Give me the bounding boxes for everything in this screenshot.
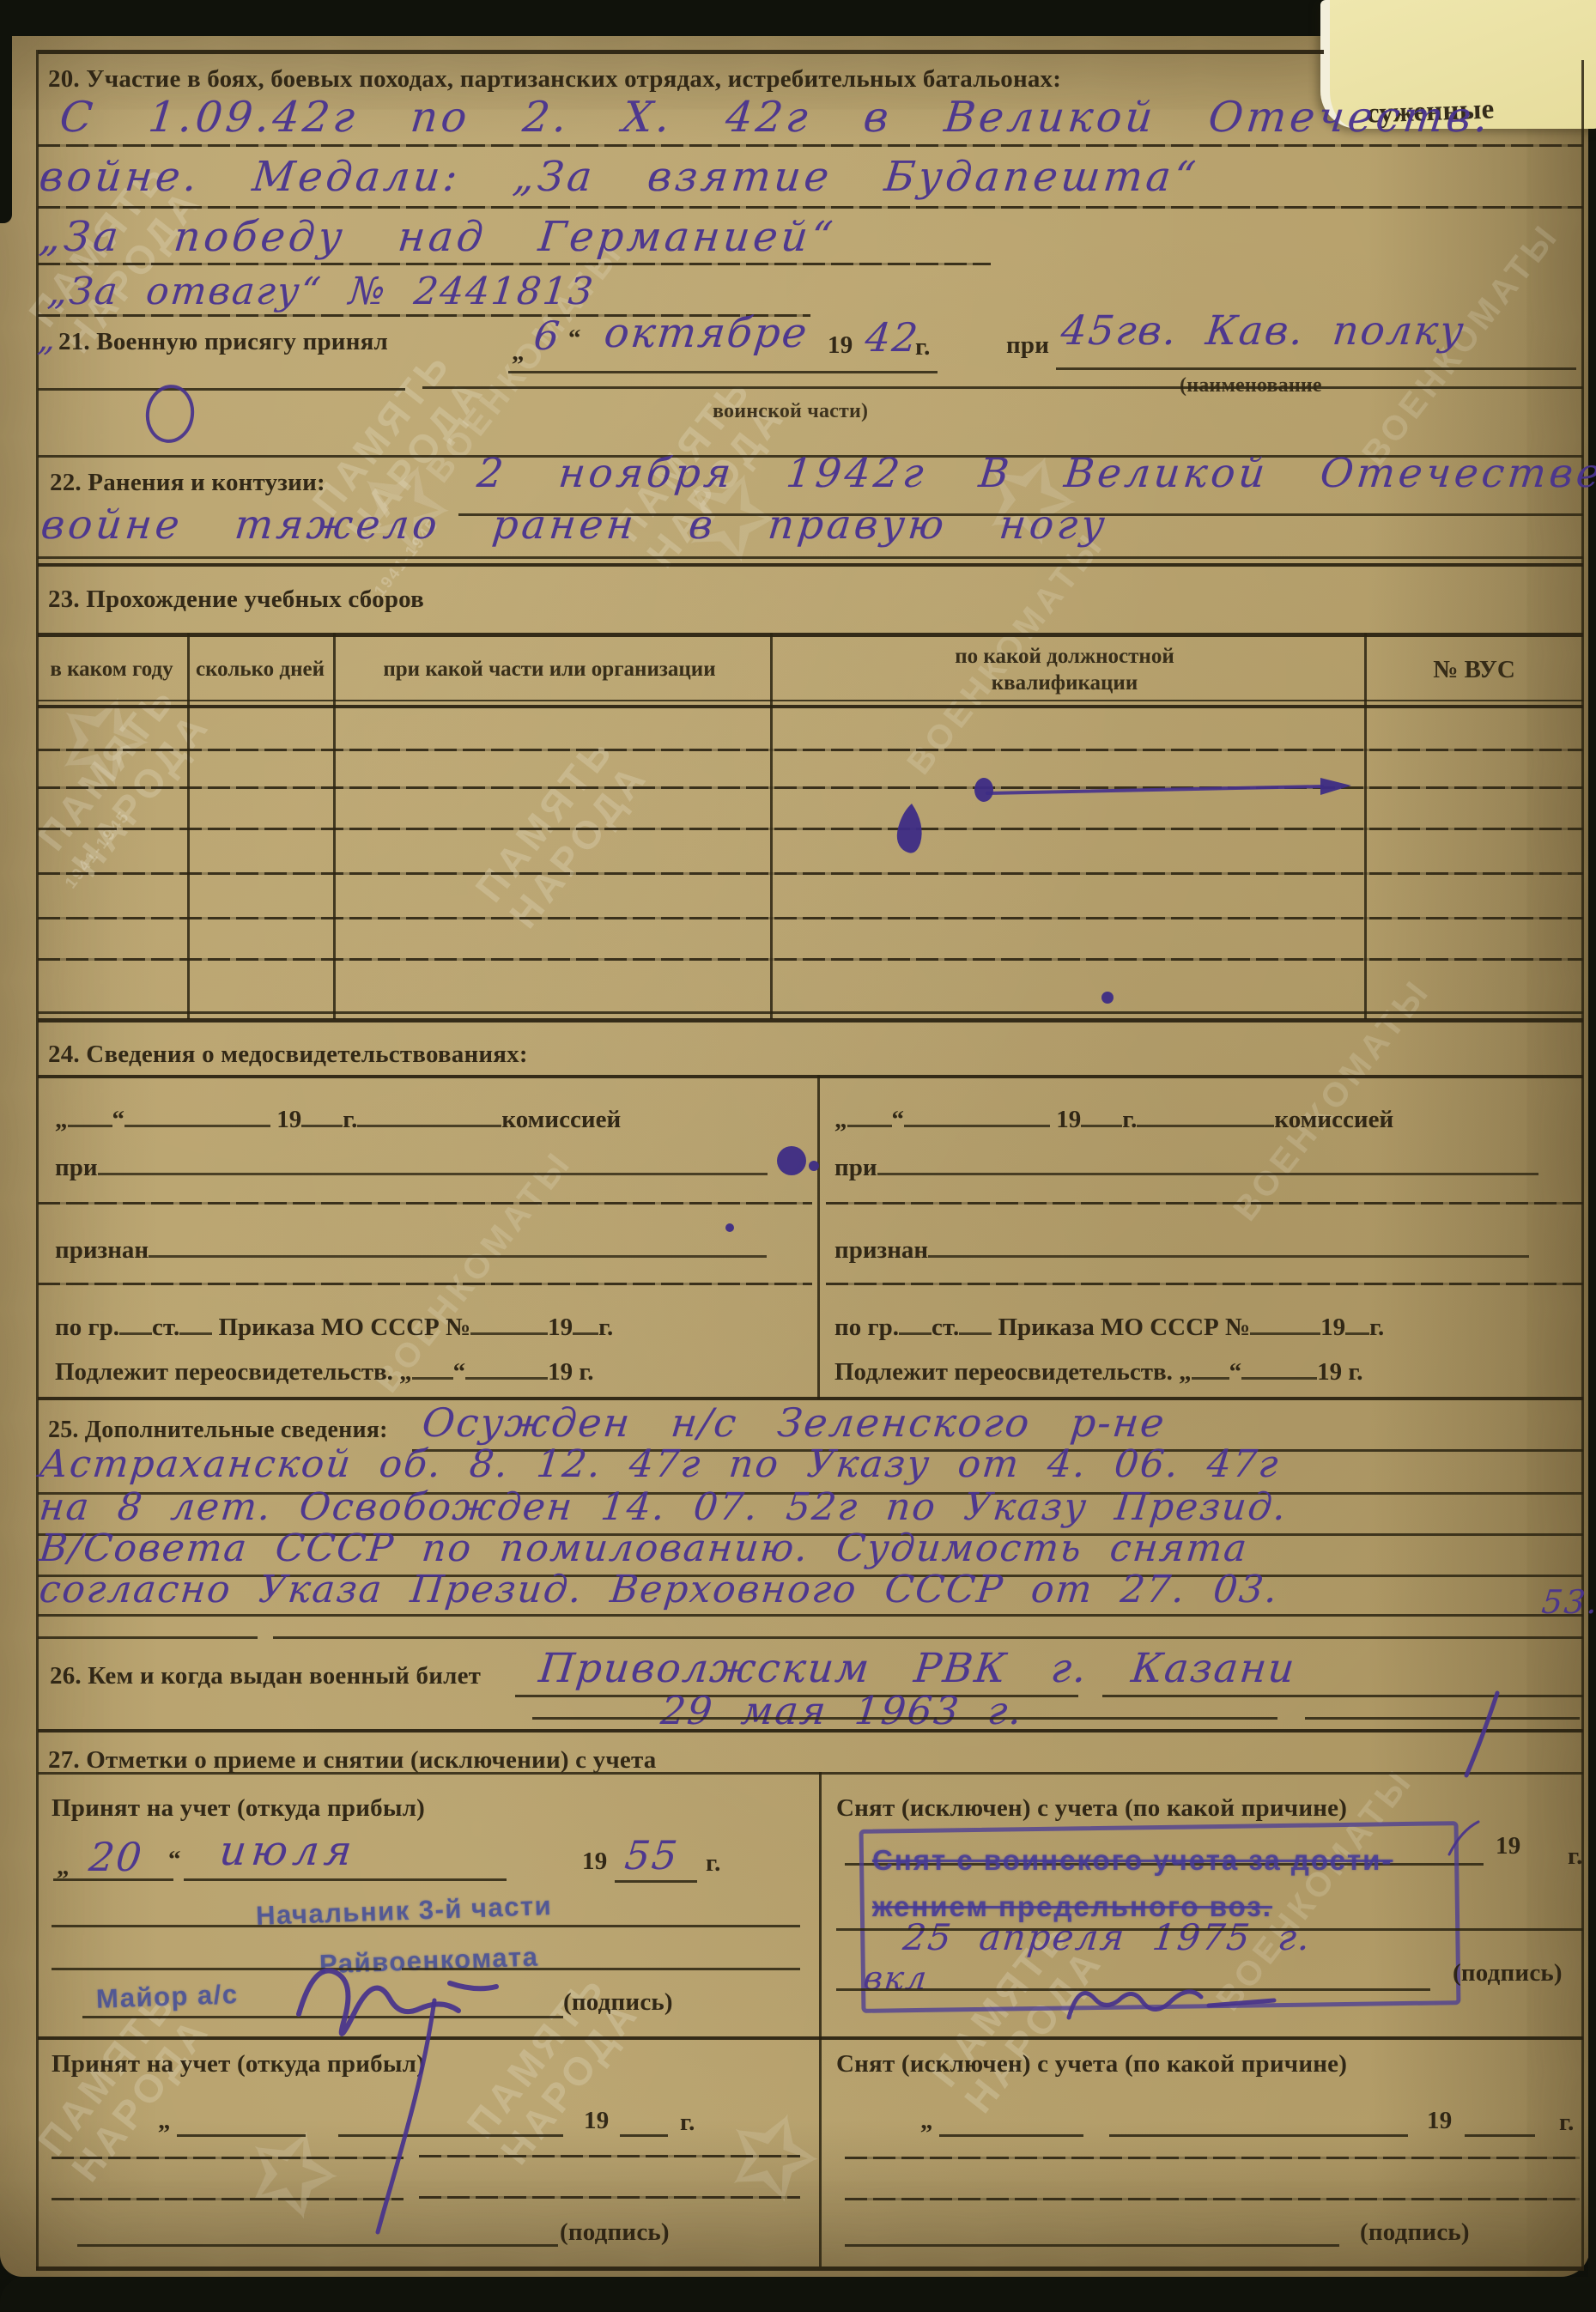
- section20-handwriting-1: С 1.09.42г по 2. Х. 42г в Великой Отечес…: [58, 93, 1494, 142]
- year-19g: 19 г.: [548, 1358, 593, 1386]
- year-19: 19: [828, 331, 853, 360]
- rule: [1056, 367, 1576, 370]
- section27-column-divider: [819, 1772, 822, 2266]
- removal-pre-handwriting: вкл: [862, 1959, 931, 1997]
- form-right-border: [1581, 60, 1584, 2270]
- year-19: 19: [582, 1848, 607, 1876]
- section25-handwriting-2: Астраханской об. 8. 12. 47г по Указу от …: [37, 1442, 1282, 1486]
- block-divider: [38, 2036, 819, 2040]
- section26-handwriting-2: 29 мая 1963 г.: [658, 1688, 1025, 1733]
- quote-open: „: [57, 1853, 70, 1881]
- table-top-border: [38, 633, 1583, 637]
- section20-label: 20. Участие в боях, боевых походах, парт…: [48, 65, 1061, 94]
- quote-open: „: [55, 1106, 68, 1133]
- quote-close: “: [168, 1846, 181, 1874]
- med-right-date-row: „“ 19г.комиссией: [834, 1102, 1393, 1134]
- table-header-vus: № ВУС: [1364, 639, 1584, 701]
- quote-close: “: [892, 1106, 905, 1133]
- quote-open: „: [158, 2107, 171, 2135]
- podlezhit-label: Подлежит переосвидетельств.: [55, 1358, 393, 1386]
- rule: [836, 1988, 1430, 1991]
- rule: [939, 2134, 1083, 2137]
- commission-label: комиссией: [1274, 1106, 1393, 1133]
- commission-label: комиссией: [501, 1106, 621, 1133]
- rule: [836, 1928, 1583, 1931]
- med-left-recheck-row: Подлежит переосвидетельств. „“19 г.: [55, 1355, 594, 1387]
- table-header-qualification: по какой должностной квалификации: [893, 639, 1236, 701]
- accept-header-2: Принят на учет (откуда прибыл): [52, 2050, 425, 2078]
- at-label: при: [55, 1154, 98, 1181]
- st-label: ст.: [152, 1314, 179, 1341]
- rule: [338, 2134, 563, 2137]
- military-registration-card-scan: ПАМЯТЬ НАРОДА ПАМЯТЬ НАРОДА ПАМЯТЬ НАРОД…: [0, 0, 1596, 2312]
- rule: [82, 2016, 563, 2018]
- rule: [38, 1614, 1583, 1617]
- accept-month-handwriting: июля: [217, 1827, 359, 1875]
- rule: [53, 1878, 173, 1881]
- accept-header: Принят на учет (откуда прибыл): [52, 1794, 425, 1823]
- section20-handwriting-3: „За победу над Германией“: [37, 213, 838, 261]
- block-divider: [819, 2036, 1583, 2040]
- table-row-line: [38, 917, 1583, 919]
- remove-header-2: Снят (исключен) с учета (по какой причин…: [836, 2050, 1347, 2078]
- year-19: 19: [1496, 1832, 1520, 1860]
- year-19: 19: [1320, 1314, 1345, 1341]
- med-right-order-row: по гр.ст. Приказа МО СССР №19г.: [834, 1310, 1384, 1342]
- quote-close: “: [1229, 1358, 1242, 1386]
- stray-quote-mark: „: [36, 319, 60, 359]
- scan-edge-right: [1588, 0, 1596, 2312]
- removal-date-handwriting: 25 апреля 1975 г.: [901, 1916, 1313, 1958]
- rule: [38, 1636, 258, 1639]
- rule: [845, 2244, 1339, 2247]
- quote-close: “: [568, 325, 581, 353]
- year-g: г.: [1568, 1842, 1583, 1871]
- rule: [38, 1283, 812, 1285]
- year-19: 19: [1427, 2107, 1452, 2135]
- section22-handwriting-1: 2 ноября 1942г В Великой Отечественной: [475, 450, 1596, 497]
- med-left-order-row: по гр.ст. Приказа МО СССР №19г.: [55, 1310, 613, 1342]
- year-g: г.: [343, 1106, 357, 1133]
- section20-handwriting-2: войне. Медали: „За взятие Будапешта“: [37, 153, 1201, 201]
- table-header-days: сколько дней: [191, 639, 330, 701]
- table-row-line: [38, 786, 1583, 789]
- rule: [422, 386, 1583, 389]
- table-header-unit: при какой части или организации: [378, 639, 721, 701]
- rule: [38, 206, 1583, 209]
- rule: [184, 1878, 507, 1881]
- year-g: г.: [1369, 1314, 1384, 1341]
- med-left-priznan-row: признан: [55, 1233, 767, 1265]
- rule: [38, 1202, 812, 1205]
- rule: [52, 2157, 404, 2159]
- rule: [419, 2196, 800, 2199]
- rule: [38, 1772, 1583, 1775]
- accept-day-handwriting: 20: [87, 1834, 145, 1880]
- rule: [402, 1968, 800, 1970]
- section25-handwriting-3: на 8 лет. Освобожден 14. 07. 52г по Указ…: [37, 1485, 1290, 1529]
- table-header-underline-2: [38, 705, 1583, 708]
- med-right-priznan-row: признан: [834, 1233, 1529, 1265]
- form-bottom-border: [36, 2266, 1584, 2271]
- rule: [38, 144, 1583, 147]
- section22-handwriting-2: войне тяжело ранен в правую ногу: [39, 501, 1110, 549]
- quote-open: „: [1179, 1358, 1192, 1386]
- form-left-border: [36, 50, 39, 2270]
- quote-open: „: [834, 1106, 847, 1133]
- rule: [38, 263, 991, 265]
- st-label: ст.: [932, 1314, 959, 1341]
- med-right-recheck-row: Подлежит переосвидетельств. „“19 г.: [834, 1355, 1363, 1387]
- year-g: г.: [598, 1314, 613, 1341]
- section27-label: 27. Отметки о приеме и снятии (исключени…: [48, 1746, 657, 1775]
- rule: [615, 1880, 697, 1883]
- rule: [52, 1968, 381, 1970]
- stamp-line-rank: Майор а/с: [95, 1979, 239, 2015]
- section22-label: 22. Ранения и контузии:: [50, 469, 325, 497]
- signature-note: (подпись): [563, 1988, 673, 2017]
- quote-open: „: [399, 1358, 412, 1386]
- year-g: г.: [680, 2109, 695, 2137]
- year-19g: 19 г.: [1317, 1358, 1362, 1386]
- rule: [177, 2134, 306, 2137]
- rule: [273, 1636, 1583, 1639]
- section25-handwriting-1: Осужден н/с Зеленского р-не: [420, 1399, 1168, 1446]
- year-19: 19: [584, 2107, 609, 2135]
- table-header-year: в каком году: [38, 639, 185, 701]
- scan-edge-left-notch: [0, 0, 12, 223]
- year-g: г.: [1122, 1106, 1137, 1133]
- quote-open: „: [512, 338, 525, 367]
- scan-edge-bottom: [0, 2277, 1596, 2312]
- rule: [1465, 2134, 1535, 2137]
- section24-top-border: [38, 1075, 1583, 1078]
- signature-note: (подпись): [1453, 1959, 1563, 1987]
- rule: [38, 556, 1583, 559]
- med-left-date-row: „“ 19г.комиссией: [55, 1102, 621, 1134]
- section24-label: 24. Сведения о медосвидетельствованиях:: [48, 1041, 528, 1069]
- prikaz-label: Приказа МО СССР №: [218, 1314, 470, 1341]
- section21-oath-year: 42: [863, 314, 921, 361]
- med-left-at-row: при: [55, 1150, 768, 1182]
- table-vline-2: [333, 633, 336, 1019]
- year-19: 19: [548, 1314, 573, 1341]
- rule: [620, 2134, 668, 2137]
- rule: [826, 1283, 1583, 1285]
- rule: [826, 1202, 1583, 1205]
- section26-handwriting-1: Приволжским РВК г. Казани: [537, 1645, 1298, 1692]
- med-right-at-row: при: [834, 1150, 1538, 1182]
- po-gr-label: по гр.: [834, 1314, 899, 1341]
- rule: [845, 2198, 1580, 2200]
- section21-at-label: при: [1006, 331, 1049, 360]
- section-divider: [38, 1729, 1583, 1732]
- rule: [508, 371, 938, 373]
- form-top-border: [38, 50, 1324, 54]
- section25-handwriting-5: согласно Указа Презид. Верховного СССР о…: [37, 1568, 1281, 1611]
- quote-close: “: [453, 1358, 466, 1386]
- table-row-line: [38, 872, 1583, 875]
- section21-label: 21. Военную присягу принял: [58, 328, 388, 356]
- table-vline-4: [1364, 633, 1367, 1019]
- po-gr-label: по гр.: [55, 1314, 119, 1341]
- rule: [1102, 1695, 1583, 1697]
- accept-year-handwriting: 55: [622, 1832, 681, 1878]
- remove-header: Снят (исключен) с учета (по какой причин…: [836, 1794, 1347, 1823]
- section23-label: 23. Прохождение учебных сборов: [48, 586, 424, 614]
- table-vline-1: [187, 633, 190, 1019]
- section21-oath-day: 6: [531, 313, 563, 359]
- table-bottom-line: [38, 1011, 1583, 1014]
- year-19: 19: [276, 1106, 301, 1133]
- quote-open: „: [920, 2107, 933, 2135]
- rule: [419, 2155, 800, 2157]
- rule: [77, 2244, 558, 2247]
- priznan-label: признан: [834, 1236, 928, 1264]
- section25-handwriting-4: В/Совета СССР по помилованию. Судимость …: [37, 1526, 1250, 1570]
- section21-unit-handwriting: 45гв. Кав. полку: [1059, 307, 1467, 355]
- prikaz-label: Приказа МО СССР №: [998, 1314, 1250, 1341]
- rule: [52, 1925, 800, 1927]
- section24-column-divider: [817, 1075, 820, 1399]
- section21-oath-month: октябре: [602, 309, 810, 357]
- rule: [1305, 1717, 1580, 1720]
- rule: [1109, 2134, 1408, 2137]
- quote-close: “: [112, 1106, 125, 1133]
- table-header-underline: [38, 700, 1583, 701]
- table-row-line: [38, 958, 1583, 961]
- table-row-line: [38, 749, 1583, 751]
- table-row-line: [38, 828, 1583, 830]
- podlezhit-label: Подлежит переосвидетельств.: [834, 1358, 1173, 1386]
- signature-note-2: (подпись): [1360, 2218, 1470, 2247]
- rule: [845, 2157, 1580, 2159]
- rule: [52, 2198, 404, 2200]
- section25-label: 25. Дополнительные сведения:: [48, 1417, 388, 1444]
- at-label: при: [834, 1154, 877, 1181]
- table-vline-3: [770, 633, 773, 1019]
- section20-handwriting-4: „За отвагу“ № 2441813: [46, 270, 597, 313]
- signature-note-2: (подпись): [560, 2218, 670, 2247]
- table-bottom-border: [38, 1018, 1583, 1022]
- year-g: г.: [706, 1849, 721, 1878]
- rule: [38, 388, 405, 391]
- section21-note-voinskoy-chasti: воинской части): [713, 400, 868, 423]
- section26-label: 26. Кем и когда выдан военный билет: [50, 1662, 481, 1690]
- removal-stamp-line-1: Снят с воинского учета за дости-: [872, 1844, 1393, 1877]
- rule: [532, 1717, 1277, 1720]
- year-g: г.: [1559, 2109, 1575, 2137]
- year-19: 19: [1056, 1106, 1081, 1133]
- priznan-label: признан: [55, 1236, 149, 1264]
- section-divider: [38, 563, 1583, 567]
- year-g: г.: [915, 333, 931, 361]
